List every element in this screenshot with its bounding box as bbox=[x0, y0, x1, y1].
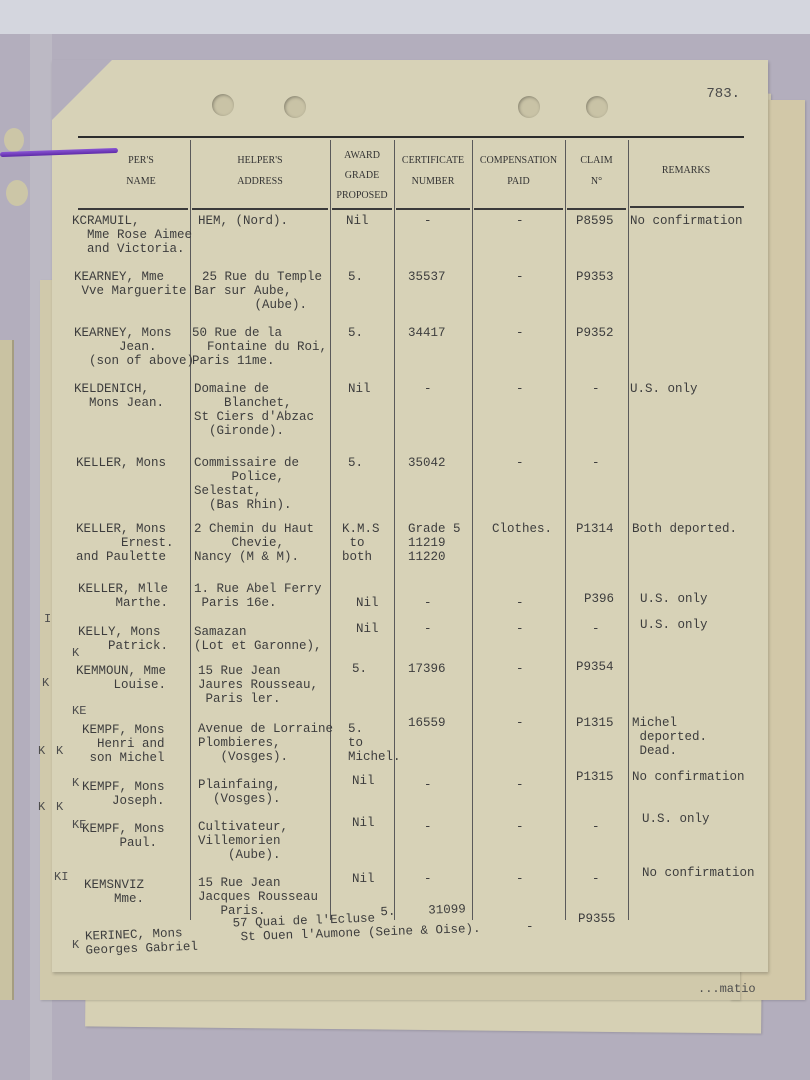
row-certificate: - bbox=[424, 382, 432, 396]
row-address: 15 Rue Jean Jaures Rousseau, Paris ler. bbox=[198, 664, 318, 706]
row-remarks: No confirmation bbox=[642, 866, 755, 880]
row-compensation: - bbox=[516, 596, 524, 610]
row-grade: Nil bbox=[356, 622, 379, 636]
row-claim: - bbox=[592, 456, 600, 470]
header-rule bbox=[78, 136, 744, 138]
row-compensation: Clothes. bbox=[492, 522, 552, 536]
row-grade: 5. bbox=[348, 326, 363, 340]
row-remarks: No confirmation bbox=[632, 770, 745, 784]
row-certificate: - bbox=[424, 214, 432, 228]
row-address: Cultivateur, Villemorien (Aube). bbox=[198, 820, 288, 862]
row-compensation: - bbox=[516, 662, 524, 676]
row-certificate: Grade 5 11219 11220 bbox=[408, 522, 461, 564]
row-certificate: - bbox=[424, 872, 432, 886]
row-remarks: Michel deported. Dead. bbox=[632, 716, 707, 758]
row-compensation: - bbox=[516, 382, 524, 396]
row-claim: P9353 bbox=[576, 270, 614, 284]
row-address: Commissaire de Police, Selestat, (Bas Rh… bbox=[194, 456, 299, 512]
row-claim: - bbox=[592, 622, 600, 636]
row-compensation: - bbox=[516, 872, 524, 886]
row-address: 50 Rue de la Fontaine du Roi, Paris 11me… bbox=[192, 326, 327, 368]
folder-binder-hole bbox=[6, 180, 28, 206]
row-name: KEMSNVIZ Mme. bbox=[84, 878, 144, 906]
row-compensation: - bbox=[516, 820, 524, 834]
row-compensation: - bbox=[516, 214, 524, 228]
row-address: HEM, (Nord). bbox=[198, 214, 288, 228]
row-grade: Nil bbox=[352, 816, 375, 830]
stray-letter: K bbox=[38, 800, 45, 814]
row-remarks: Both deported. bbox=[632, 522, 737, 536]
row-claim: P1314 bbox=[576, 522, 614, 536]
row-address: Samazan (Lot et Garonne), bbox=[194, 625, 322, 653]
column-divider bbox=[565, 140, 566, 920]
row-certificate: 31099 bbox=[428, 902, 466, 917]
punch-hole bbox=[586, 96, 608, 118]
row-claim: P396 bbox=[584, 592, 614, 606]
row-certificate: - bbox=[424, 622, 432, 636]
stray-letter: K bbox=[72, 938, 79, 952]
row-claim: P9352 bbox=[576, 326, 614, 340]
row-claim: P9355 bbox=[578, 912, 616, 926]
row-grade: Nil bbox=[352, 774, 375, 788]
row-certificate: - bbox=[424, 820, 432, 834]
header-underline bbox=[567, 208, 626, 210]
header-name: PER's NAME bbox=[92, 150, 190, 192]
row-compensation: - bbox=[526, 920, 534, 934]
row-claim: P9354 bbox=[576, 660, 614, 674]
row-remarks: U.S. only bbox=[642, 812, 710, 826]
row-compensation: - bbox=[516, 270, 524, 284]
row-name: KELLER, Mlle Marthe. bbox=[78, 582, 168, 610]
row-claim: P8595 bbox=[576, 214, 614, 228]
row-address: 1. Rue Abel Ferry Paris 16e. bbox=[194, 582, 322, 610]
column-divider bbox=[394, 140, 395, 920]
row-certificate: 17396 bbox=[408, 662, 446, 676]
stray-letter: KI bbox=[54, 870, 68, 884]
header-compensation: COMPENSATION PAID bbox=[472, 150, 565, 192]
row-name: KEMPF, Mons Joseph. bbox=[82, 780, 165, 808]
row-grade: 5. bbox=[348, 270, 363, 284]
stray-letter: I bbox=[44, 612, 51, 626]
row-name: KERINEC, Mons Georges Gabriel bbox=[85, 926, 198, 958]
row-remarks: U.S. only bbox=[630, 382, 698, 396]
column-divider bbox=[472, 140, 473, 920]
header-underline bbox=[78, 208, 188, 210]
row-address: 25 Rue du Temple (Aube). bbox=[202, 270, 322, 312]
row-name: KELLY, Mons Patrick. bbox=[78, 625, 168, 653]
stray-letter: K bbox=[72, 776, 79, 790]
row-grade: K.M.S to both bbox=[342, 522, 380, 564]
row-address: 2 Chemin du Haut Chevie, Nancy (M & M). bbox=[194, 522, 314, 564]
left-paper-stack bbox=[0, 340, 14, 1000]
stray-letter: K bbox=[42, 676, 49, 690]
header-underline bbox=[396, 208, 470, 210]
header-certificate: CERTIFICATE NUMBER bbox=[394, 150, 472, 192]
row-name: KEMMOUN, Mme Louise. bbox=[76, 664, 166, 692]
row-name: KEARNEY, Mons Jean. (son of above) bbox=[74, 326, 194, 368]
row-compensation: - bbox=[516, 456, 524, 470]
column-divider bbox=[190, 140, 191, 920]
row-compensation: - bbox=[516, 622, 524, 636]
stray-letter: K bbox=[38, 744, 45, 758]
row-certificate: 34417 bbox=[408, 326, 446, 340]
header-underline bbox=[192, 208, 328, 210]
row-name: KELLER, Mons bbox=[76, 456, 166, 470]
row-grade: Nil bbox=[356, 596, 379, 610]
row-grade: Nil bbox=[352, 872, 375, 886]
punch-hole bbox=[212, 94, 234, 116]
row-claim: P1315 bbox=[576, 716, 614, 730]
row-certificate: - bbox=[424, 778, 432, 792]
column-divider bbox=[628, 140, 629, 920]
row-claim: - bbox=[592, 382, 600, 396]
page-number: 783. bbox=[706, 86, 740, 102]
row-address: Avenue de Lorraine Plombieres, (Vosges). bbox=[198, 722, 333, 764]
row-claim: - bbox=[592, 820, 600, 834]
stray-letter: KE bbox=[72, 704, 86, 718]
row-remarks: No confirmation bbox=[630, 214, 743, 228]
row-grade: 5. bbox=[380, 905, 395, 920]
row-remarks: U.S. only bbox=[640, 618, 708, 632]
folder-binder-hole bbox=[4, 128, 24, 152]
stray-letter: KE bbox=[72, 818, 86, 832]
header-remarks: REMARKS bbox=[628, 160, 744, 181]
under-sheet-text: ...matio bbox=[698, 982, 756, 996]
background-strip bbox=[0, 0, 810, 36]
stray-letter: K bbox=[72, 646, 79, 660]
row-grade: Nil bbox=[348, 382, 371, 396]
row-certificate: 16559 bbox=[408, 716, 446, 730]
row-name: KELLER, Mons Ernest. and Paulette bbox=[76, 522, 174, 564]
header-underline bbox=[332, 208, 392, 210]
header-claim: CLAIM N° bbox=[565, 150, 628, 192]
header-address: HELPER's ADDRESS bbox=[190, 150, 330, 192]
row-name: KELDENICH, Mons Jean. bbox=[74, 382, 164, 410]
row-remarks: U.S. only bbox=[640, 592, 708, 606]
row-compensation: - bbox=[516, 716, 524, 730]
document-sheet: 783. PER's NAME HELPER's ADDRESS AWARD G… bbox=[52, 60, 768, 972]
sheet-cut-corner bbox=[52, 60, 112, 120]
row-name: KCRAMUIL, Mme Rose Aimee and Victoria. bbox=[72, 214, 192, 256]
row-grade: 5. bbox=[352, 662, 367, 676]
row-certificate: 35537 bbox=[408, 270, 446, 284]
row-address: Domaine de Blanchet, St Ciers d'Abzac (G… bbox=[194, 382, 314, 438]
punch-hole bbox=[284, 96, 306, 118]
row-certificate: - bbox=[424, 596, 432, 610]
row-address: Plainfaing, (Vosges). bbox=[198, 778, 281, 806]
row-claim: P1315 bbox=[576, 770, 614, 784]
stray-letter: K bbox=[56, 800, 63, 814]
row-compensation: - bbox=[516, 778, 524, 792]
header-underline bbox=[474, 208, 563, 210]
row-name: KEMPF, Mons Paul. bbox=[82, 822, 165, 850]
header-underline bbox=[630, 206, 744, 208]
row-grade: Nil bbox=[346, 214, 369, 228]
column-divider bbox=[330, 140, 331, 920]
row-grade: 5. bbox=[348, 456, 363, 470]
row-certificate: 35042 bbox=[408, 456, 446, 470]
header-award-grade: AWARD GRADE PROPOSED bbox=[330, 146, 394, 206]
row-compensation: - bbox=[516, 326, 524, 340]
punch-hole bbox=[518, 96, 540, 118]
stray-letter: K bbox=[56, 744, 63, 758]
row-claim: - bbox=[592, 872, 600, 886]
row-name: KEMPF, Mons Henri and son Michel bbox=[82, 723, 165, 765]
row-grade: 5. to Michel. bbox=[348, 722, 401, 764]
